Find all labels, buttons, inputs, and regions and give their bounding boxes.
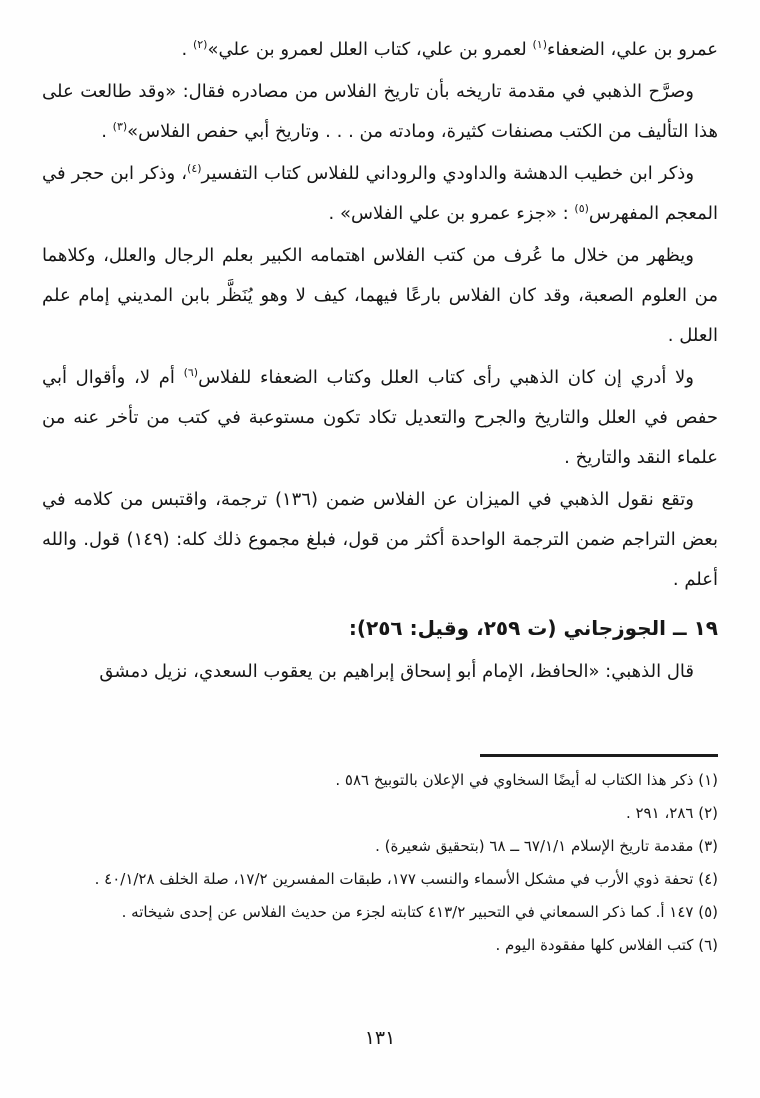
footnote-4: (٤) تحفة ذوي الأرب في مشكل الأسماء والنس… <box>42 863 718 896</box>
footnote-6: (٦) كتب الفلاس كلها مفقودة اليوم . <box>42 929 718 962</box>
paragraph-2: وصرَّح الذهبي في مقدمة تاريخه بأن تاريخ … <box>42 72 718 152</box>
footnotes-section: (١) ذكر هذا الكتاب له أيضًا السخاوي في ا… <box>42 764 718 962</box>
footnote-separator <box>480 754 718 757</box>
paragraph-6: وتقع نقول الذهبي في الميزان عن الفلاس ضم… <box>42 480 718 600</box>
footnote-3: (٣) مقدمة تاريخ الإسلام ٦٧/١/١ ــ ٦٨ (بت… <box>42 830 718 863</box>
footnote-5: (٥) ١٤٧ أ. كما ذكر السمعاني في التحبير ٤… <box>42 896 718 929</box>
paragraph-4: ويظهر من خلال ما عُرف من كتب الفلاس اهتم… <box>42 236 718 356</box>
paragraph-5: ولا أدري إن كان الذهبي رأى كتاب العلل وك… <box>42 358 718 478</box>
footnote-2: (٢) ٢٨٦، ٢٩١ . <box>42 797 718 830</box>
paragraph-1: عمرو بن علي، الضعفاء(١) لعمرو بن علي، كت… <box>42 30 718 70</box>
footnote-1: (١) ذكر هذا الكتاب له أيضًا السخاوي في ا… <box>42 764 718 797</box>
body-text: عمرو بن علي، الضعفاء(١) لعمرو بن علي، كت… <box>42 30 718 694</box>
paragraph-3: وذكر ابن خطيب الدهشة والداودي والروداني … <box>42 154 718 234</box>
book-page: عمرو بن علي، الضعفاء(١) لعمرو بن علي، كت… <box>0 0 760 1098</box>
section-heading: ١٩ ــ الجوزجاني (ت ٢٥٩، وقيل: ٢٥٦): <box>42 608 718 648</box>
page-number: ١٣١ <box>0 1018 760 1058</box>
paragraph-7: قال الذهبي: «الحافظ، الإمام أبو إسحاق إب… <box>42 652 718 692</box>
